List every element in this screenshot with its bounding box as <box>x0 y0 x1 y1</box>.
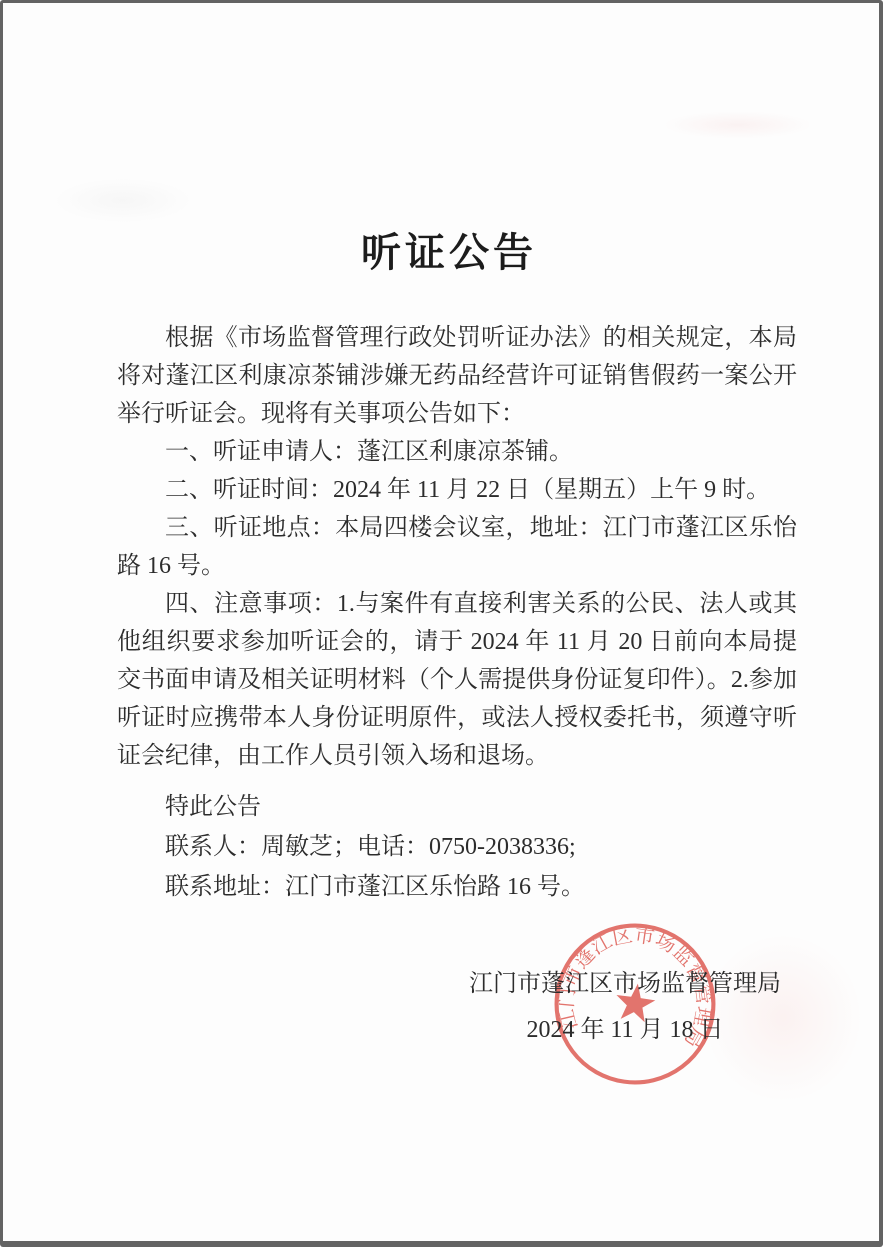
document-page: 听证公告 根据《市场监督管理行政处罚听证办法》的相关规定，本局将对蓬江区利康凉茶… <box>3 3 879 1241</box>
item-hearing-location: 三、听证地点：本局四楼会议室，地址：江门市蓬江区乐怡路 16 号。 <box>117 509 797 585</box>
contact-person-line: 联系人：周敏芝；电话：0750-2038336; <box>117 827 797 867</box>
signing-date: 2024 年 11 月 18 日 <box>469 1015 781 1045</box>
document-title: 听证公告 <box>109 229 789 277</box>
intro-paragraph: 根据《市场监督管理行政处罚听证办法》的相关规定，本局将对蓬江区利康凉茶铺涉嫌无药… <box>117 319 797 433</box>
closing-section: 特此公告 联系人：周敏芝；电话：0750-2038336; 联系地址：江门市蓬江… <box>117 787 797 907</box>
item-hearing-notes: 四、注意事项：1.与案件有直接利害关系的公民、法人或其他组织要求参加听证会的，请… <box>117 585 797 775</box>
signing-agency: 江门市蓬江区市场监督管理局 <box>469 969 781 999</box>
item-hearing-time: 二、听证时间：2024 年 11 月 22 日（星期五）上午 9 时。 <box>117 471 797 509</box>
scan-smudge <box>53 178 193 223</box>
announcement-body: 根据《市场监督管理行政处罚听证办法》的相关规定，本局将对蓬江区利康凉茶铺涉嫌无药… <box>117 319 797 775</box>
scan-smudge <box>663 111 813 139</box>
scan-frame: 听证公告 根据《市场监督管理行政处罚听证办法》的相关规定，本局将对蓬江区利康凉茶… <box>0 0 883 1247</box>
item-hearing-applicant: 一、听证申请人：蓬江区利康凉茶铺。 <box>117 433 797 471</box>
signature-block: 江门市蓬江区市场监督管理局 2024 年 11 月 18 日 <box>469 969 781 1045</box>
contact-address-line: 联系地址：江门市蓬江区乐怡路 16 号。 <box>117 867 797 907</box>
closing-statement: 特此公告 <box>117 787 797 827</box>
